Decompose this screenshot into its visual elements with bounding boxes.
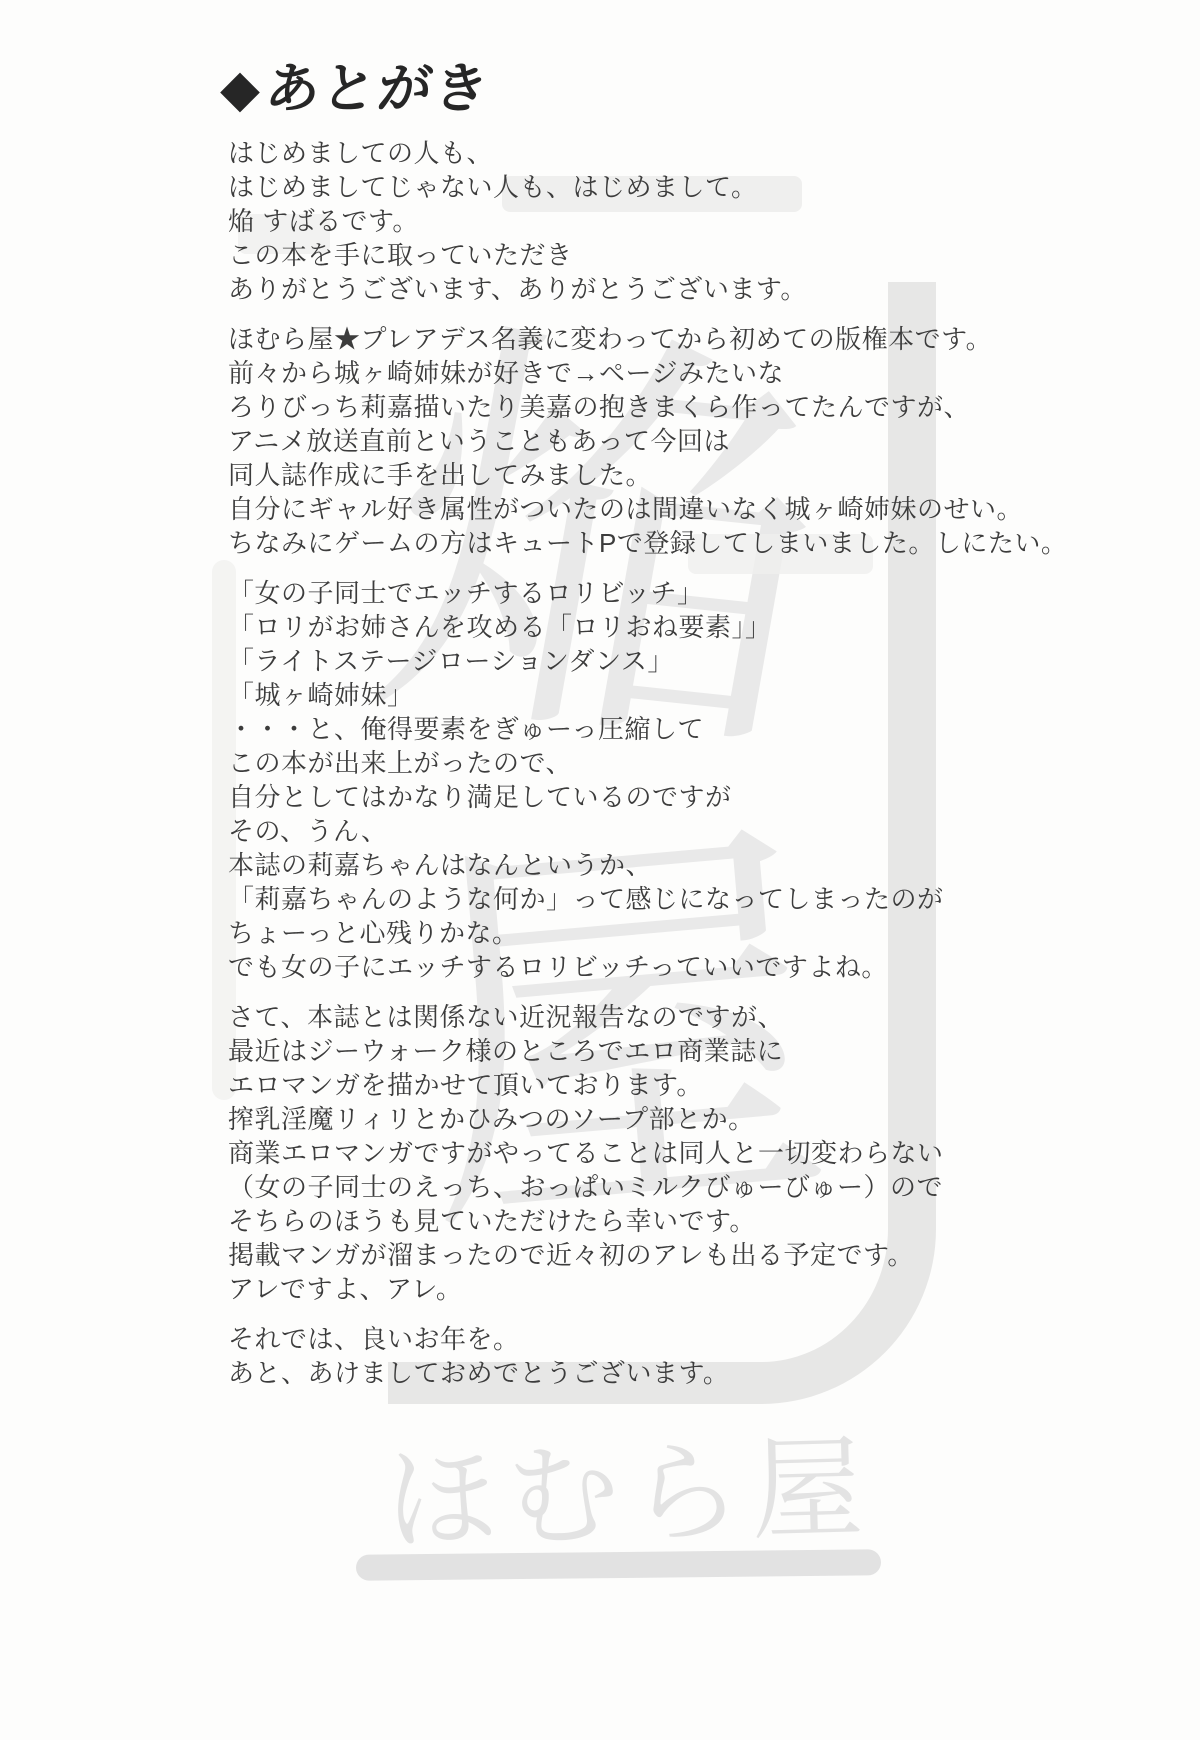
text-line: 「女の子同士でエッチするロリビッチ」 [228,576,988,610]
text-line: ちょーっと心残りかな。 [228,916,988,950]
text-line: はじめましてじゃない人も、はじめまして。 [228,170,988,204]
text-line: 本誌の莉嘉ちゃんはなんというか、 [228,848,988,882]
text-line: この本が出来上がったので、 [228,746,988,780]
paragraph: 「女の子同士でエッチするロリビッチ」「ロリがお姉さんを攻める「ロリおね要素」」「… [228,576,988,984]
text-line: 同人誌作成に手を出してみました。 [228,458,988,492]
text-line: アレですよ、アレ。 [228,1272,988,1306]
text-line: 「ライトステージローションダンス」 [228,644,988,678]
afterword-page: 焔 屋 ほむら屋 ◆ あとがき はじめましての人も、はじめましてじゃない人も、は… [0,0,1200,1740]
text-line: その、うん、 [228,814,988,848]
text-line: さて、本誌とは関係ない近況報告なのですが、 [228,1000,988,1034]
text-line: ろりびっち莉嘉描いたり美嘉の抱きまくら作ってたんですが、 [228,390,988,424]
text-line: エロマンガを描かせて頂いております。 [228,1068,988,1102]
page-title: ◆ あとがき [220,62,490,116]
circle-name-watermark: ほむら屋 [383,1399,875,1573]
text-line: 掲載マンガが溜まったので近々初のアレも出る予定です。 [228,1238,988,1272]
text-line: 自分としてはかなり満足しているのですが [228,780,988,814]
paragraph: それでは、良いお年を。あと、あけましておめでとうございます。 [228,1322,988,1390]
text-line: 焔 すばるです。 [228,204,988,238]
text-line: ありがとうございます、ありがとうございます。 [228,272,988,306]
text-line: （女の子同士のえっち、おっぱいミルクびゅーびゅー）ので [228,1170,988,1204]
text-line: ちなみにゲームの方はキュートPで登録してしまいました。しにたい。 [228,526,988,560]
paragraph: ほむら屋★プレアデス名義に変わってから初めての版権本です。前々から城ヶ崎姉妹が好… [228,322,988,560]
text-line: 前々から城ヶ崎姉妹が好きで→ページみたいな [228,356,988,390]
diamond-icon: ◆ [220,63,260,115]
text-line: 自分にギャル好き属性がついたのは間違いなく城ヶ崎姉妹のせい。 [228,492,988,526]
text-line: でも女の子にエッチするロリビッチっていいですよね。 [228,950,988,984]
text-line: 最近はジーウォーク様のところでエロ商業誌に [228,1034,988,1068]
text-line: 「莉嘉ちゃんのような何か」って感じになってしまったのが [228,882,988,916]
text-line: 「城ヶ崎姉妹」 [228,678,988,712]
paragraph: さて、本誌とは関係ない近況報告なのですが、最近はジーウォーク様のところでエロ商業… [228,1000,988,1306]
text-line: ほむら屋★プレアデス名義に変わってから初めての版権本です。 [228,322,988,356]
paragraph: はじめましての人も、はじめましてじゃない人も、はじめまして。焔 すばるです。この… [228,136,988,306]
page-title-text: あとがき [263,62,494,116]
text-line: あと、あけましておめでとうございます。 [228,1356,988,1390]
afterword-paragraphs: はじめましての人も、はじめましてじゃない人も、はじめまして。焔 すばるです。この… [228,136,988,1406]
text-line: この本を手に取っていただき [228,238,988,272]
circle-name-underline [356,1549,881,1580]
text-line: それでは、良いお年を。 [228,1322,988,1356]
text-line: 搾乳淫魔リィリとかひみつのソープ部とか。 [228,1102,988,1136]
text-line: そちらのほうも見ていただけたら幸いです。 [228,1204,988,1238]
text-line: 「ロリがお姉さんを攻める「ロリおね要素」」 [228,610,988,644]
text-line: アニメ放送直前ということもあって今回は [228,424,988,458]
text-line: ・・・と、俺得要素をぎゅーっ圧縮して [228,712,988,746]
text-line: 商業エロマンガですがやってることは同人と一切変わらない [228,1136,988,1170]
text-line: はじめましての人も、 [228,136,988,170]
